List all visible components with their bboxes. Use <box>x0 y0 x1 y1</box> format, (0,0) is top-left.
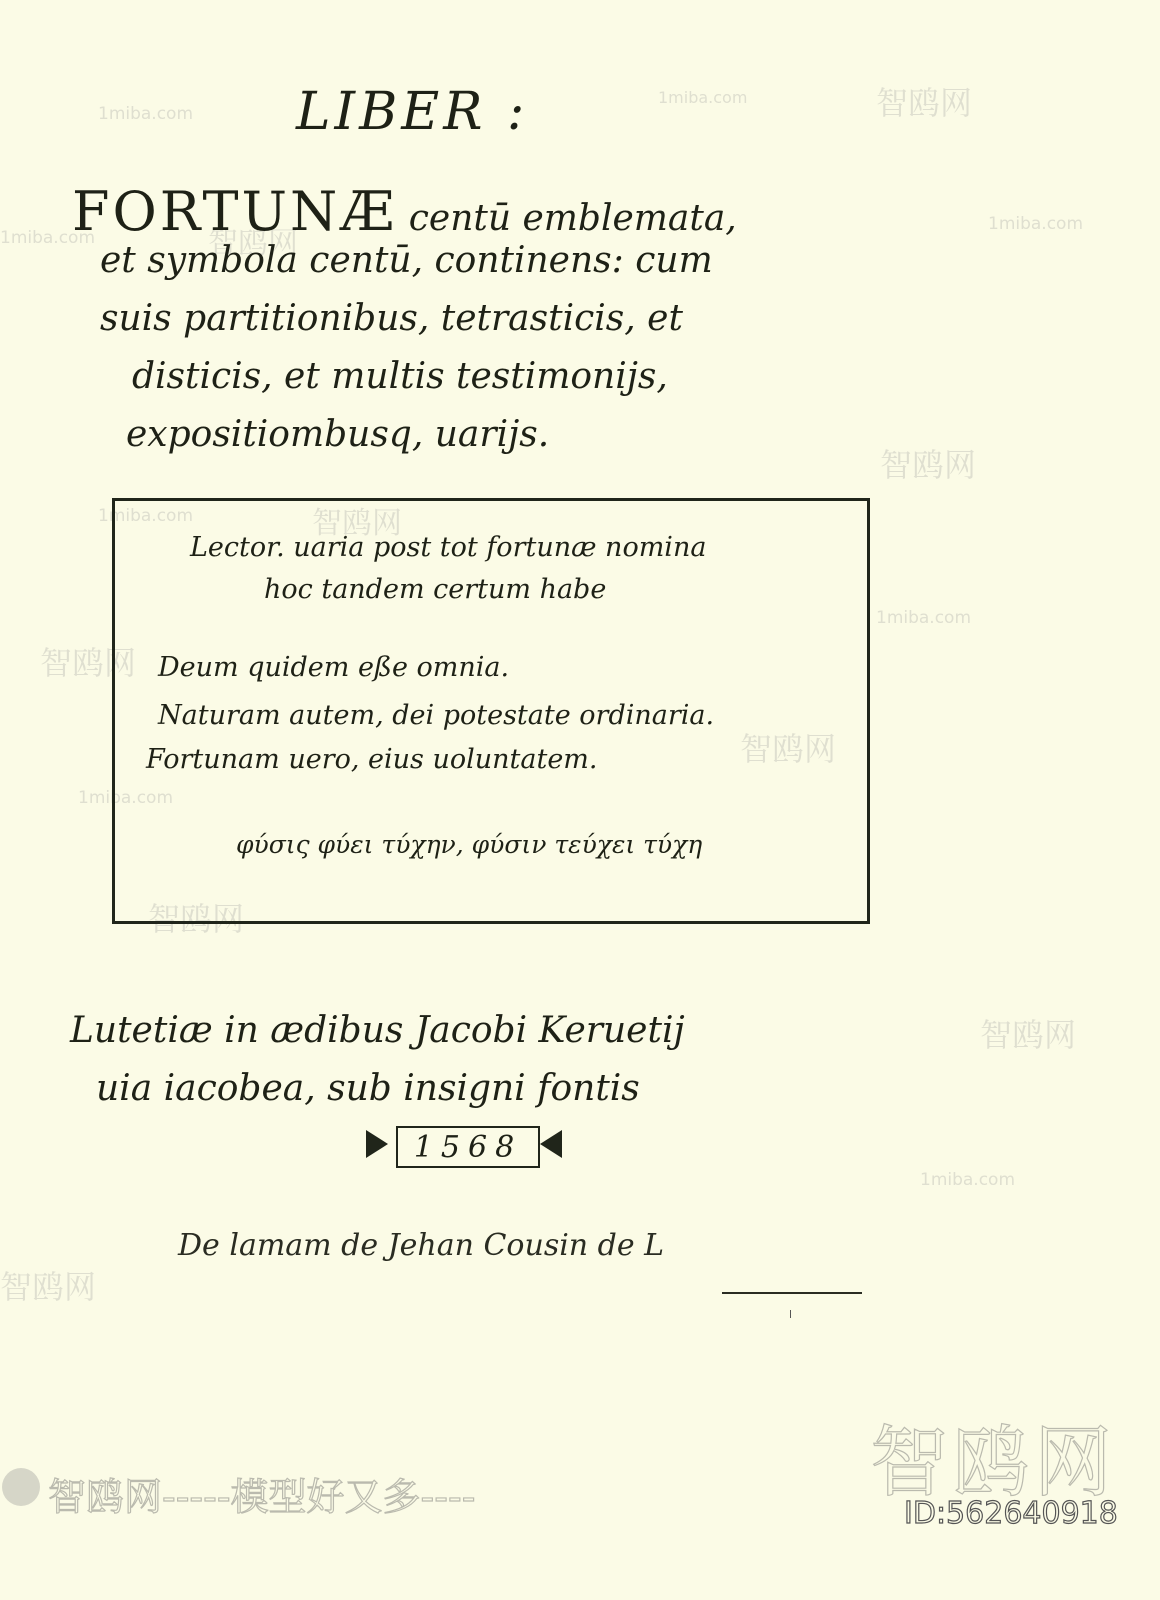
year-ornament-right-icon <box>540 1130 562 1158</box>
title-line-4: disticis, et multis testimonijs, <box>132 356 668 397</box>
watermark-logo-icon <box>2 1468 40 1506</box>
signature-underline <box>722 1292 862 1294</box>
box-line-habe: hoc tandem certum habe <box>264 574 606 605</box>
title-line-2: et symbola centū, continens: cum <box>100 240 713 281</box>
watermark-text: 1miba.com <box>658 88 747 107</box>
box-line-lector: Lector. uaria post tot fortunæ nomina <box>190 532 706 563</box>
box-line-naturam: Naturam autem, dei potestate ordinaria. <box>158 700 714 731</box>
watermark-text: 1miba.com <box>988 214 1083 234</box>
title-line-1: FORTUNÆ centū emblemata, <box>72 180 737 243</box>
watermark-id: ID:562640918 <box>904 1496 1118 1531</box>
watermark-text: 智鸥网 <box>876 78 972 124</box>
watermark-slogan: 智鸥网-----模型好又多---- <box>48 1466 475 1521</box>
title-line-5: expositiombusq, uarijs. <box>126 414 549 455</box>
title-line-3: suis partitionibus, tetrasticis, et <box>100 298 683 339</box>
imprint-year: 1568 <box>396 1126 540 1168</box>
box-line-deum: Deum quidem eße omnia. <box>158 652 509 683</box>
year-ornament-left-icon <box>366 1130 388 1158</box>
watermark-text: 智鸥网 <box>880 440 976 486</box>
title-capital-word: FORTUNÆ <box>72 180 397 243</box>
watermark-text: 1miba.com <box>98 104 193 124</box>
ownership-signature: De lamam de Jehan Cousin de L <box>178 1228 664 1263</box>
title-line-text: centū emblemata, <box>397 198 736 239</box>
box-line-fortunam: Fortunam uero, eius uoluntatem. <box>146 744 598 775</box>
imprint-line-2: uia iacobea, sub insigni fontis <box>96 1068 640 1109</box>
imprint-line-1: Lutetiæ in ædibus Jacobi Keruetij <box>70 1010 685 1051</box>
watermark-text: 1miba.com <box>876 608 971 628</box>
title-heading: LIBER : <box>296 82 528 142</box>
watermark-text: 智鸥网 <box>980 1010 1076 1056</box>
page-mark <box>790 1310 791 1318</box>
box-line-greek: φύσις φύει τύχην, φύσιν τεύχει τύχη <box>236 830 702 859</box>
watermark-text: 1miba.com <box>920 1170 1015 1190</box>
watermark-text: 智鸥网 <box>0 1262 96 1308</box>
